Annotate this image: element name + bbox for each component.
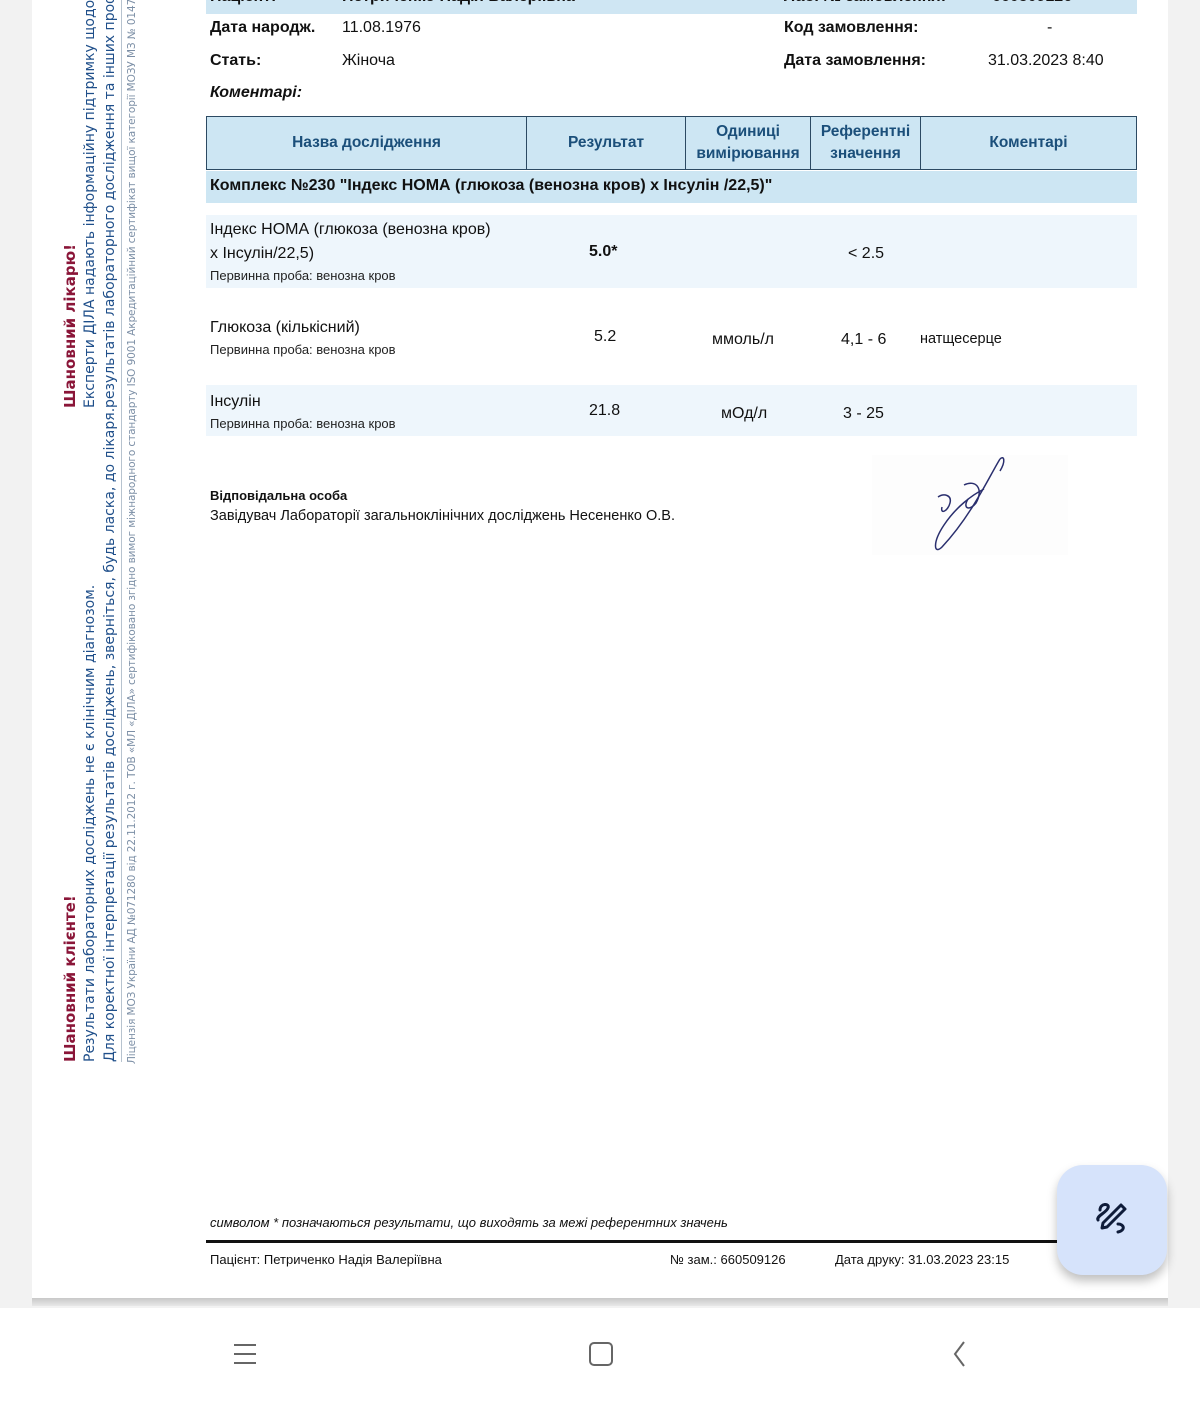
footer-divider — [206, 1240, 1086, 1243]
patient-label: Пацієнт: — [210, 0, 276, 6]
order-number-value: 660509126 — [992, 0, 1072, 6]
dob-value: 11.08.1976 — [342, 19, 421, 37]
test-name: Інсулін — [210, 393, 261, 411]
doctor-note-title: Шановний лікарю! — [60, 0, 80, 408]
units: мОд/л — [721, 405, 767, 423]
recent-apps-button[interactable] — [225, 1338, 265, 1374]
comments-label: Коментарі: — [210, 84, 302, 102]
column-header-comments: Коментарі — [921, 117, 1136, 169]
footer-patient: Пацієнт: Петриченко Надія Валеріївна — [210, 1252, 442, 1267]
pdf-viewer[interactable]: Шановний лікарю! Експерти ДІЛА надають і… — [0, 0, 1200, 1306]
client-note-title: Шановний клієнте! — [60, 408, 80, 1062]
reference-range: < 2.5 — [848, 245, 884, 263]
client-note-line: Результати лабораторних досліджень не є … — [80, 408, 100, 1062]
asterisk-footnote: символом * позначаються результати, що в… — [210, 1215, 728, 1230]
draw-pen-icon — [1092, 1198, 1132, 1243]
sample-type: Первинна проба: венозна кров — [210, 416, 396, 431]
back-icon — [950, 1340, 970, 1373]
dob-label: Дата народж. — [210, 19, 315, 37]
order-date-value: 31.03.2023 8:40 — [988, 52, 1104, 70]
annotate-button[interactable] — [1057, 1165, 1167, 1275]
sex-label: Стать: — [210, 52, 261, 70]
responsible-label: Відповідальна особа — [210, 488, 347, 503]
doctor-note-line: Експерти ДІЛА надають інформаційну підтр… — [80, 0, 100, 408]
test-name: Глюкоза (кількісний) — [210, 319, 360, 337]
sample-type: Первинна проба: венозна кров — [210, 268, 396, 283]
home-button[interactable] — [581, 1338, 621, 1374]
table-row: Глюкоза (кількісний) Первинна проба: вен… — [206, 310, 1137, 370]
home-icon — [588, 1341, 614, 1372]
responsible-name: Завідувач Лабораторії загальноклінічних … — [210, 508, 675, 524]
test-group-title: Комплекс №230 "Індекс НОМА (глюкоза (вен… — [206, 171, 1137, 203]
client-note-line: Для коректної інтерпретації результатів … — [100, 408, 120, 1062]
column-header-units: Одиницівимірювання — [686, 117, 811, 169]
reference-range: 4,1 - 6 — [841, 331, 886, 349]
table-row: Індекс НОМА (глюкоза (венозна кров) х Ін… — [206, 215, 1137, 288]
test-result: 21.8 — [589, 402, 620, 420]
patient-name: Петриченко Надія Валеріївна — [342, 0, 575, 6]
column-header-name: Назва дослідження — [207, 117, 527, 169]
page-edge — [32, 1298, 1168, 1306]
sample-type: Первинна проба: венозна кров — [210, 342, 396, 357]
test-result: 5.2 — [594, 328, 616, 346]
order-number-label: Лаб. № замовлення: — [784, 0, 946, 6]
column-header-result: Результат — [527, 117, 686, 169]
column-header-reference: Референтнізначення — [811, 117, 921, 169]
sex-value: Жіноча — [342, 52, 395, 70]
client-note: Шановний клієнте! Результати лабораторни… — [60, 408, 120, 1062]
test-comment: натщесерце — [920, 331, 1002, 347]
back-button[interactable] — [940, 1338, 980, 1374]
license-text: Ліцензія МОЗ України АД №071280 від 22.1… — [126, 0, 138, 1064]
reference-range: 3 - 25 — [843, 405, 884, 423]
patient-bar: Пацієнт: Петриченко Надія Валеріївна Лаб… — [206, 0, 1137, 14]
results-table-header: Назва дослідження Результат Одиницівимір… — [206, 116, 1137, 170]
doctor-note: Шановний лікарю! Експерти ДІЛА надають і… — [60, 0, 120, 408]
units: ммоль/л — [712, 331, 774, 349]
sidebar-divider — [121, 0, 122, 1062]
test-name: Індекс НОМА (глюкоза (венозна кров) — [210, 221, 491, 239]
table-row: Інсулін Первинна проба: венозна кров 21.… — [206, 385, 1137, 436]
system-navigation-bar — [0, 1308, 1200, 1404]
signature-image — [872, 455, 1068, 555]
test-result-flagged: 5.0* — [589, 243, 617, 261]
recent-apps-icon — [232, 1342, 258, 1371]
test-name: х Інсулін/22,5) — [210, 245, 314, 263]
footer-order-number: № зам.: 660509126 — [670, 1252, 786, 1267]
order-date-label: Дата замовлення: — [784, 52, 926, 70]
order-code-value: - — [1047, 19, 1052, 37]
footer-print-date: Дата друку: 31.03.2023 23:15 — [835, 1252, 1009, 1267]
order-code-label: Код замовлення: — [784, 19, 918, 37]
doctor-note-line: результатів лабораторного дослідження та… — [100, 0, 120, 408]
